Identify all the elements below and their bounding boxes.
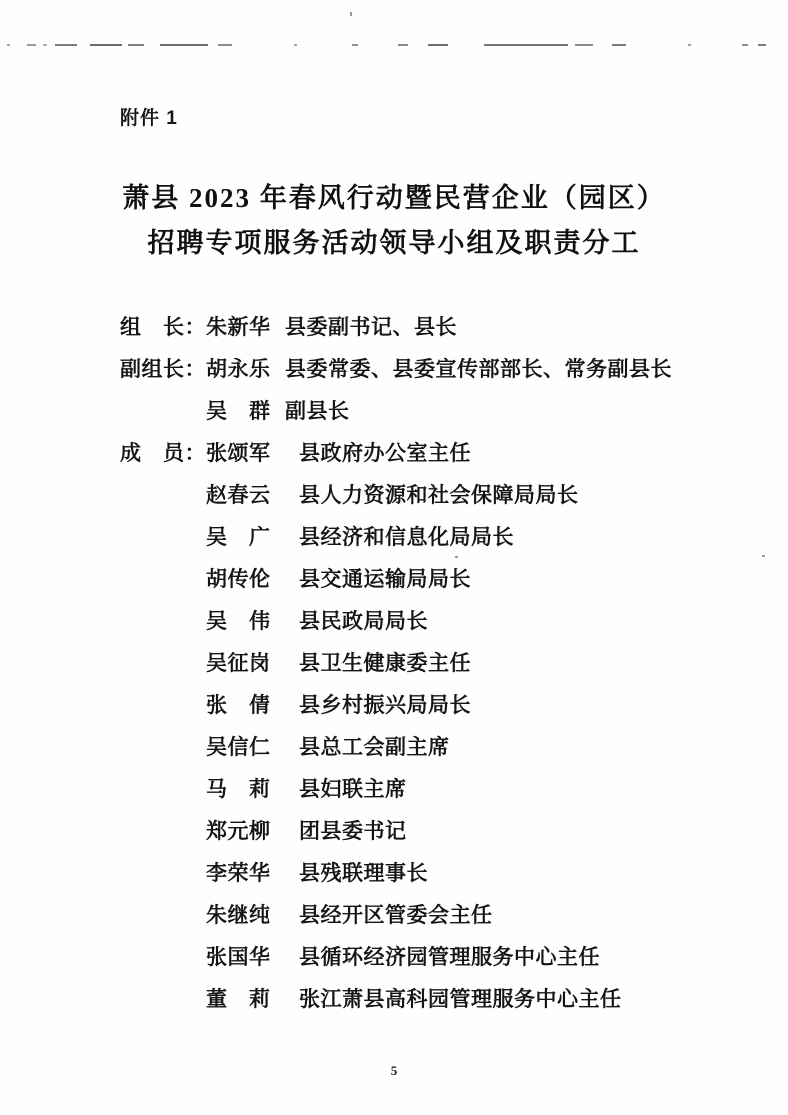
roster-row: 副组长：胡永乐县委常委、县委宣传部部长、常务副县长 (120, 348, 740, 390)
page-number: 5 (0, 1063, 788, 1079)
person-title: 团县委书记 (299, 819, 407, 843)
roster-row: 张 倩县乡村振兴局局长 (120, 684, 740, 726)
person-name: 张 倩 (206, 684, 272, 726)
person-name: 胡永乐 (206, 348, 272, 390)
leadership-roster: 组 长：朱新华县委副书记、县长副组长：胡永乐县委常委、县委宣传部部长、常务副县长… (120, 306, 740, 1020)
person-name: 吴 群 (206, 390, 272, 432)
scan-noise-dash (398, 44, 408, 46)
person-title: 县政府办公室主任 (299, 441, 471, 465)
person-name: 吴征岗 (206, 642, 272, 684)
person-name: 赵春云 (206, 474, 272, 516)
roster-row: 吴 广县经济和信息化局局长 (120, 516, 740, 558)
roster-row: 吴信仁县总工会副主席 (120, 726, 740, 768)
scan-noise-dash (612, 44, 626, 46)
scan-noise-dash (575, 44, 593, 46)
scanned-document-page: 附件 1 萧县 2023 年春风行动暨民营企业（园区） 招聘专项服务活动领导小组… (0, 0, 788, 1115)
scan-noise-dash (160, 44, 208, 46)
document-title: 萧县 2023 年春风行动暨民营企业（园区） 招聘专项服务活动领导小组及职责分工 (0, 176, 788, 266)
scan-noise-dash (128, 44, 144, 46)
scan-noise-dash (294, 44, 297, 46)
person-title: 县委副书记、县长 (285, 315, 457, 339)
roster-row: 吴征岗县卫生健康委主任 (120, 642, 740, 684)
person-title: 张江萧县高科园管理服务中心主任 (299, 987, 622, 1011)
person-title: 县经济和信息化局局长 (299, 525, 514, 549)
roster-row: 李荣华县残联理事长 (120, 852, 740, 894)
person-name: 郑元柳 (206, 810, 272, 852)
scan-noise-dash (218, 44, 232, 46)
roster-row: 董 莉张江萧县高科园管理服务中心主任 (120, 978, 740, 1020)
document-title-line2: 招聘专项服务活动领导小组及职责分工 (0, 221, 788, 266)
person-name: 董 莉 (206, 978, 272, 1020)
roster-row: 胡传伦县交通运输局局长 (120, 558, 740, 600)
roster-role-label: 副组长： (120, 349, 206, 391)
scan-noise-dash (352, 44, 358, 46)
roster-role-label: 成 员： (120, 433, 206, 475)
person-name: 李荣华 (206, 852, 272, 894)
scan-noise-dash (758, 44, 766, 46)
person-name: 马 莉 (206, 768, 272, 810)
scan-noise-dash (688, 44, 691, 46)
roster-row: 郑元柳团县委书记 (120, 810, 740, 852)
scan-speck (762, 555, 765, 557)
person-title: 县总工会副主席 (299, 735, 450, 759)
scan-noise-dash (90, 44, 122, 46)
person-name: 朱新华 (206, 306, 272, 348)
person-title: 县交通运输局局长 (299, 567, 471, 591)
scan-noise-dash (484, 44, 568, 46)
roster-row: 赵春云县人力资源和社会保障局局长 (120, 474, 740, 516)
roster-row: 吴 群副县长 (120, 390, 740, 432)
person-title: 副县长 (285, 399, 350, 423)
roster-row: 成 员：张颂军县政府办公室主任 (120, 432, 740, 474)
person-name: 张颂军 (206, 432, 272, 474)
scan-speck (350, 12, 352, 16)
scan-noise-dash (7, 44, 10, 46)
document-title-line1: 萧县 2023 年春风行动暨民营企业（园区） (0, 176, 788, 221)
person-name: 吴信仁 (206, 726, 272, 768)
roster-row: 朱继纯县经开区管委会主任 (120, 894, 740, 936)
roster-role-label: 组 长： (120, 307, 206, 349)
roster-row: 张国华县循环经济园管理服务中心主任 (120, 936, 740, 978)
scan-noise-dash (43, 44, 47, 46)
person-name: 吴 广 (206, 516, 272, 558)
person-title: 县循环经济园管理服务中心主任 (299, 945, 600, 969)
person-title: 县经开区管委会主任 (299, 903, 493, 927)
roster-row: 吴 伟县民政局局长 (120, 600, 740, 642)
person-name: 胡传伦 (206, 558, 272, 600)
person-name: 张国华 (206, 936, 272, 978)
person-title: 县卫生健康委主任 (299, 651, 471, 675)
roster-row: 马 莉县妇联主席 (120, 768, 740, 810)
scan-noise-dash (27, 44, 36, 46)
roster-row: 组 长：朱新华县委副书记、县长 (120, 306, 740, 348)
person-title: 县残联理事长 (299, 861, 428, 885)
scan-noise-band (0, 42, 788, 48)
person-title: 县人力资源和社会保障局局长 (299, 483, 579, 507)
scan-noise-dash (742, 44, 748, 46)
scan-noise-dash (55, 44, 77, 46)
person-title: 县乡村振兴局局长 (299, 693, 471, 717)
person-name: 朱继纯 (206, 894, 272, 936)
attachment-label: 附件 1 (120, 103, 178, 130)
person-title: 县妇联主席 (299, 777, 407, 801)
person-title: 县民政局局长 (299, 609, 428, 633)
person-title: 县委常委、县委宣传部部长、常务副县长 (285, 357, 672, 381)
scan-noise-dash (428, 44, 448, 46)
person-name: 吴 伟 (206, 600, 272, 642)
